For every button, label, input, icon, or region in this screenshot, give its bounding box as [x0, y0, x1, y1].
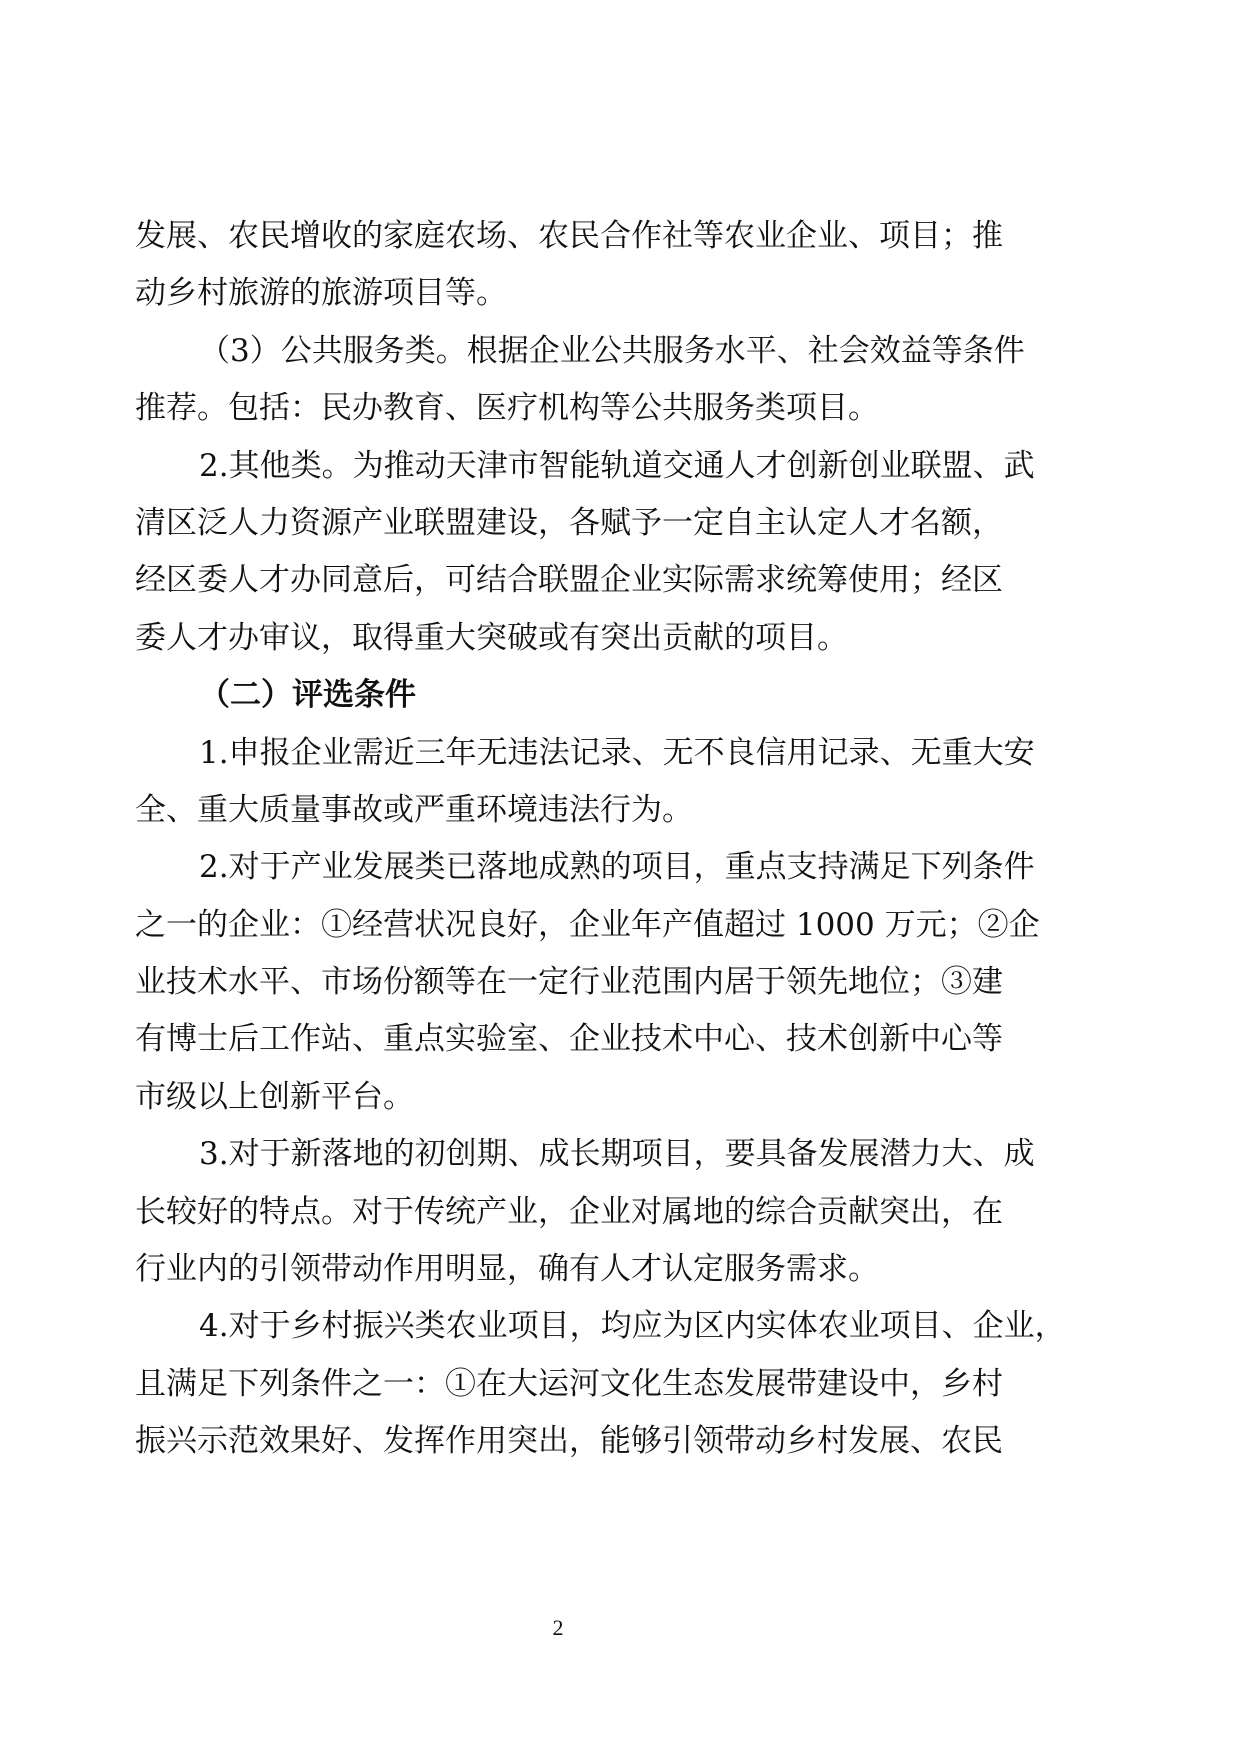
text-line: 3.对于新落地的初创期、成长期项目，要具备发展潜力大、成	[135, 1126, 978, 1183]
text-line: 有博士后工作站、重点实验室、企业技术中心、技术创新中心等	[135, 1011, 978, 1068]
text-line: 且满足下列条件之一：①在大运河文化生态发展带建设中，乡村	[135, 1356, 978, 1413]
document-body: 发展、农民增收的家庭农场、农民合作社等农业企业、项目；推动乡村旅游的旅游项目等。…	[135, 208, 978, 1471]
text-line: 长较好的特点。对于传统产业，企业对属地的综合贡献突出，在	[135, 1184, 978, 1241]
text-line: 之一的企业：①经营状况良好，企业年产值超过 1000 万元；②企	[135, 897, 978, 954]
text-line: 经区委人才办同意后，可结合联盟企业实际需求统筹使用；经区	[135, 552, 978, 609]
text-line: 振兴示范效果好、发挥作用突出，能够引领带动乡村发展、农民	[135, 1413, 978, 1470]
text-line: 清区泛人力资源产业联盟建设，各赋予一定自主认定人才名额，	[135, 495, 978, 552]
text-line: 发展、农民增收的家庭农场、农民合作社等农业企业、项目；推	[135, 208, 978, 265]
page-number: 2	[0, 1615, 1116, 1641]
text-line: 1.申报企业需近三年无违法记录、无不良信用记录、无重大安	[135, 725, 978, 782]
section-heading: （二）评选条件	[135, 667, 978, 724]
text-line: 委人才办审议，取得重大突破或有突出贡献的项目。	[135, 610, 978, 667]
text-line: 4.对于乡村振兴类农业项目，均应为区内实体农业项目、企业，	[135, 1298, 978, 1355]
text-line: 推荐。包括：民办教育、医疗机构等公共服务类项目。	[135, 380, 978, 437]
text-line: 2.其他类。为推动天津市智能轨道交通人才创新创业联盟、武	[135, 438, 978, 495]
text-line: 市级以上创新平台。	[135, 1069, 978, 1126]
text-line: 全、重大质量事故或严重环境违法行为。	[135, 782, 978, 839]
text-line: 业技术水平、市场份额等在一定行业范围内居于领先地位；③建	[135, 954, 978, 1011]
text-line: （3）公共服务类。根据企业公共服务水平、社会效益等条件	[135, 323, 978, 380]
text-line: 行业内的引领带动作用明显，确有人才认定服务需求。	[135, 1241, 978, 1298]
text-line: 动乡村旅游的旅游项目等。	[135, 265, 978, 322]
text-line: 2.对于产业发展类已落地成熟的项目，重点支持满足下列条件	[135, 839, 978, 896]
